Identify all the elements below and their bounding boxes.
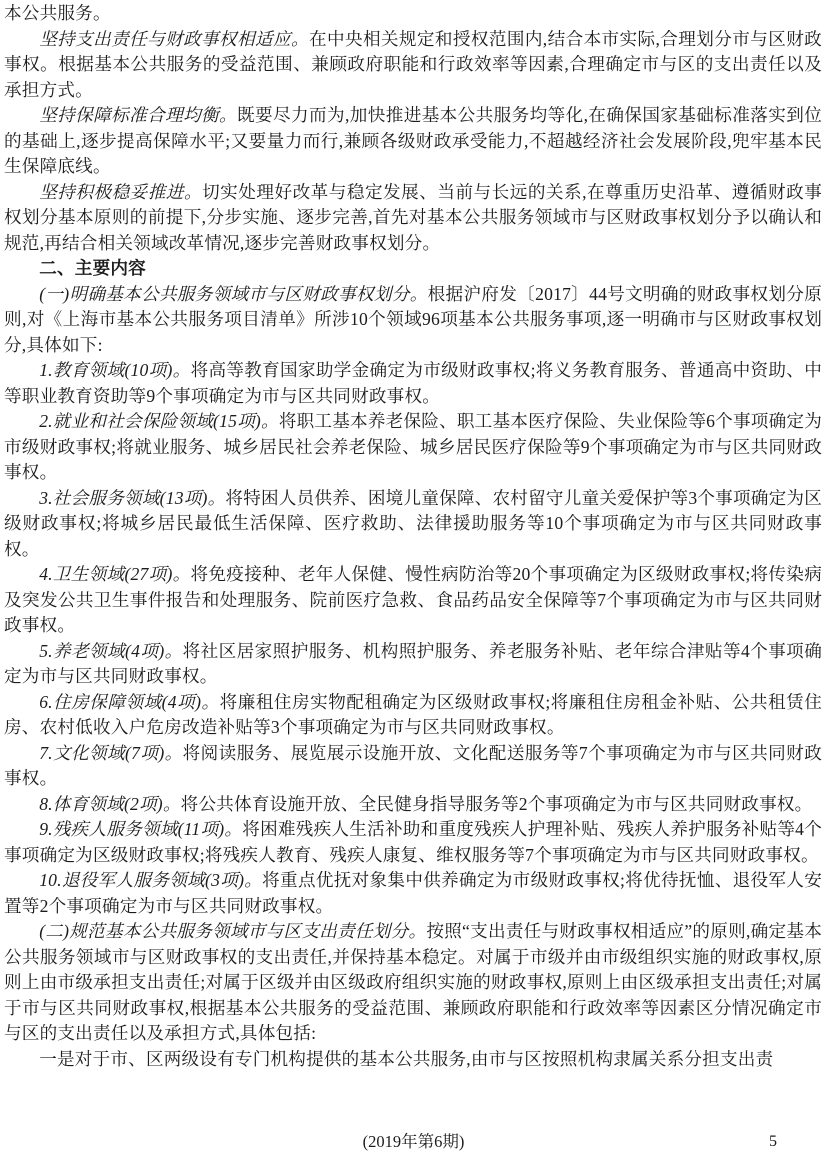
paragraph-lead: 3.社会服务领域(13项)。 <box>39 488 225 508</box>
paragraph-lead: 坚持保障标准合理均衡。 <box>39 105 237 125</box>
paragraph: 1.教育领域(10项)。将高等教育国家助学金确定为市级财政事权;将义务教育服务、… <box>4 358 822 409</box>
paragraph: 一是对于市、区两级设有专门机构提供的基本公共服务,由市与区按照机构隶属关系分担支… <box>4 1047 822 1073</box>
paragraph-lead: 坚持支出责任与财政事权相适应。 <box>39 29 309 49</box>
paragraph: 2.就业和社会保险领域(15项)。将职工基本养老保险、职工基本医疗保险、失业保险… <box>4 409 822 486</box>
paragraph-lead: 6.住房保障领域(4项)。 <box>39 692 219 712</box>
paragraph-lead: 4.卫生领域(27项)。 <box>39 564 190 584</box>
paragraph-lead: 5.养老领域(4项)。 <box>39 641 182 661</box>
paragraph: 坚持积极稳妥推进。切实处理好改革与稳定发展、当前与长远的关系,在尊重历史沿革、遵… <box>4 180 822 257</box>
paragraph-lead: (二)规范基本公共服务领域市与区支出责任划分。 <box>39 921 426 941</box>
paragraph-lead: (一)明确基本公共服务领域市与区财政事权划分。 <box>39 284 427 304</box>
paragraph: 本公共服务。 <box>4 1 822 27</box>
paragraph: 坚持支出责任与财政事权相适应。在中央相关规定和授权范围内,结合本市实际,合理划分… <box>4 27 822 104</box>
paragraph: 坚持保障标准合理均衡。既要尽力而为,加快推进基本公共服务均等化,在确保国家基础标… <box>4 103 822 180</box>
paragraph-lead: 10.退役军人服务领域(3项)。 <box>39 870 262 890</box>
paragraph-lead: 8.体育领域(2项)。 <box>39 794 180 814</box>
paragraph: (二)规范基本公共服务领域市与区支出责任划分。按照“支出责任与财政事权相适应”的… <box>4 919 822 1047</box>
paragraph-lead: 2.就业和社会保险领域(15项)。 <box>39 411 279 431</box>
section-heading: 二、主要内容 <box>4 256 822 282</box>
paragraph: 5.养老领域(4项)。将社区居家照护服务、机构照护服务、养老服务补贴、老年综合津… <box>4 639 822 690</box>
paragraph: 9.残疾人服务领域(11项)。将困难残疾人生活补助和重度残疾人护理补贴、残疾人养… <box>4 817 822 868</box>
paragraph: 7.文化领域(7项)。将阅读服务、展览展示设施开放、文化配送服务等7个事项确定为… <box>4 741 822 792</box>
document-page: 本公共服务。坚持支出责任与财政事权相适应。在中央相关规定和授权范围内,结合本市实… <box>0 0 827 1170</box>
paragraph: 10.退役军人服务领域(3项)。将重点优抚对象集中供养确定为市级财政事权;将优待… <box>4 868 822 919</box>
paragraph: 8.体育领域(2项)。将公共体育设施开放、全民健身指导服务等2个事项确定为市与区… <box>4 792 822 818</box>
page-footer: (2019年第6期) 5 <box>0 1129 827 1155</box>
paragraph: 6.住房保障领域(4项)。将廉租住房实物配租确定为区级财政事权;将廉租住房租金补… <box>4 690 822 741</box>
paragraph-lead: 1.教育领域(10项)。 <box>39 360 190 380</box>
paragraph: (一)明确基本公共服务领域市与区财政事权划分。根据沪府发〔2017〕44号文明确… <box>4 282 822 359</box>
issue-label: (2019年第6期) <box>363 1132 465 1151</box>
paragraph-lead: 7.文化领域(7项)。 <box>39 743 182 763</box>
paragraph: 4.卫生领域(27项)。将免疫接种、老年人保健、慢性病防治等20个事项确定为区级… <box>4 562 822 639</box>
paragraph: 3.社会服务领域(13项)。将特困人员供养、困境儿童保障、农村留守儿童关爱保护等… <box>4 486 822 563</box>
paragraph-lead: 9.残疾人服务领域(11项)。 <box>39 819 242 839</box>
paragraph-lead: 坚持积极稳妥推进。 <box>39 182 202 202</box>
document-body: 本公共服务。坚持支出责任与财政事权相适应。在中央相关规定和授权范围内,结合本市实… <box>4 1 822 1072</box>
page-number: 5 <box>769 1129 777 1155</box>
